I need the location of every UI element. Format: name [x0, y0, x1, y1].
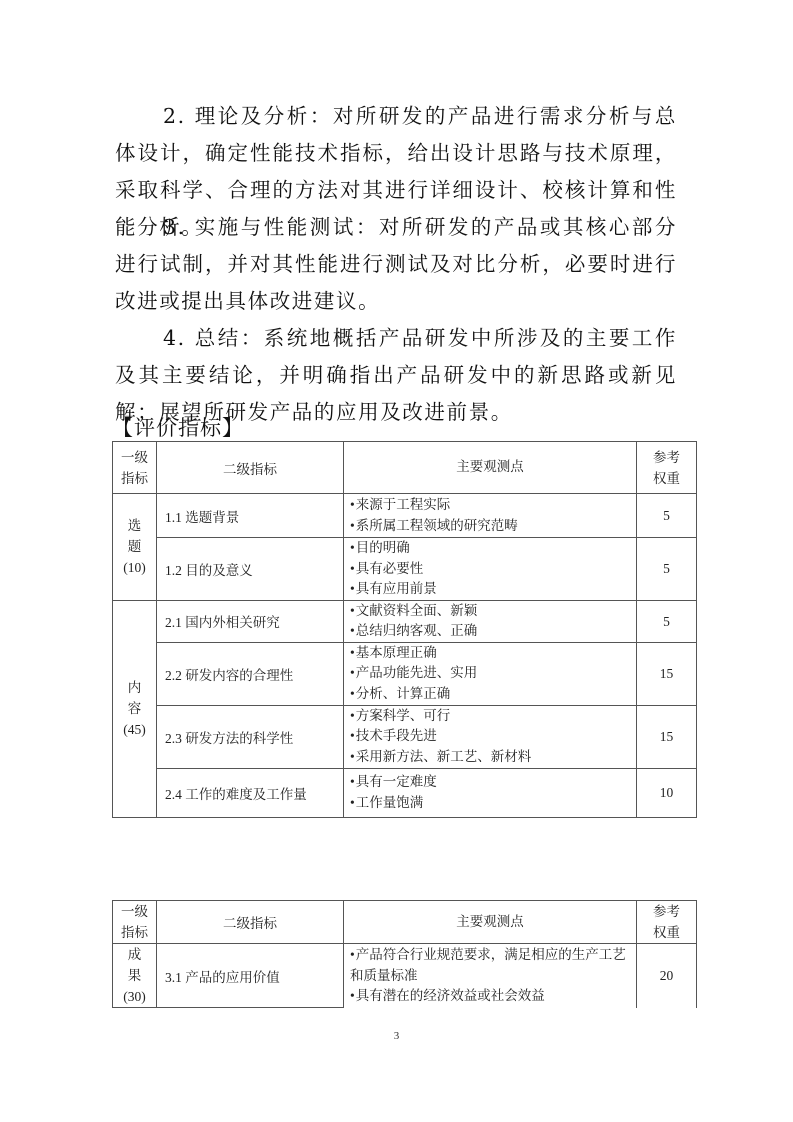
- weight-cell: 15: [637, 705, 697, 768]
- table-header-row: 一级指标 二级指标 主要观测点 参考权重: [113, 442, 697, 494]
- weight-cell: 5: [637, 538, 697, 601]
- weight-cell: 20: [637, 944, 697, 1008]
- header-level1: 一级指标: [113, 442, 157, 494]
- level1-cell-results: 成果(30): [113, 944, 157, 1008]
- indicator-cell: 2.3 研发方法的科学性: [157, 705, 344, 768]
- page-number: 3: [0, 1030, 793, 1042]
- table-row: 选题(10) 1.1 选题背景 来源于工程实际系所属工程领域的研究范畴 5: [113, 494, 697, 538]
- paragraph-testing: 3. 实施与性能测试：对所研发的产品或其核心部分进行试制，并对其性能进行测试及对…: [115, 209, 677, 320]
- points-cell: 来源于工程实际系所属工程领域的研究范畴: [344, 494, 637, 538]
- indicator-cell: 2.4 工作的难度及工作量: [157, 768, 344, 817]
- level1-cell-topic: 选题(10): [113, 494, 157, 601]
- weight-cell: 5: [637, 494, 697, 538]
- points-cell: 产品符合行业规范要求，满足相应的生产工艺和质量标准具有潜在的经济效益或社会效益: [344, 944, 637, 1008]
- table-row: 内容(45) 2.1 国内外相关研究 文献资料全面、新颖总结归纳客观、正确 5: [113, 600, 697, 642]
- header-level2: 二级指标: [157, 901, 344, 944]
- table-row: 成果(30) 3.1 产品的应用价值 产品符合行业规范要求，满足相应的生产工艺和…: [113, 944, 697, 1008]
- points-cell: 具有一定难度工作量饱满: [344, 768, 637, 817]
- level1-cell-content: 内容(45): [113, 600, 157, 817]
- points-cell: 方案科学、可行技术手段先进采用新方法、新工艺、新材料: [344, 705, 637, 768]
- indicator-cell: 1.2 目的及意义: [157, 538, 344, 601]
- weight-cell: 15: [637, 642, 697, 705]
- table-row: 1.2 目的及意义 目的明确具有必要性具有应用前景 5: [113, 538, 697, 601]
- points-cell: 文献资料全面、新颖总结归纳客观、正确: [344, 600, 637, 642]
- indicator-cell: 3.1 产品的应用价值: [157, 944, 344, 1008]
- table-row: 2.3 研发方法的科学性 方案科学、可行技术手段先进采用新方法、新工艺、新材料 …: [113, 705, 697, 768]
- points-cell: 基本原理正确产品功能先进、实用分析、计算正确: [344, 642, 637, 705]
- table-row: 2.2 研发内容的合理性 基本原理正确产品功能先进、实用分析、计算正确 15: [113, 642, 697, 705]
- evaluation-table-1: 一级指标 二级指标 主要观测点 参考权重 选题(10) 1.1 选题背景 来源于…: [112, 441, 697, 818]
- indicator-cell: 1.1 选题背景: [157, 494, 344, 538]
- header-level2: 二级指标: [157, 442, 344, 494]
- header-level1: 一级指标: [113, 901, 157, 944]
- weight-cell: 5: [637, 600, 697, 642]
- table-row: 2.4 工作的难度及工作量 具有一定难度工作量饱满 10: [113, 768, 697, 817]
- section-title: 【评价指标】: [112, 412, 244, 442]
- evaluation-table-2: 一级指标 二级指标 主要观测点 参考权重 成果(30) 3.1 产品的应用价值 …: [112, 900, 697, 1008]
- indicator-cell: 2.1 国内外相关研究: [157, 600, 344, 642]
- paragraph-text: 4. 总结：系统地概括产品研发中所涉及的主要工作及其主要结论，并明确指出产品研发…: [115, 326, 677, 424]
- paragraph-text: 3. 实施与性能测试：对所研发的产品或其核心部分进行试制，并对其性能进行测试及对…: [115, 215, 677, 313]
- table-header-row: 一级指标 二级指标 主要观测点 参考权重: [113, 901, 697, 944]
- header-observation: 主要观测点: [344, 442, 637, 494]
- header-observation: 主要观测点: [344, 901, 637, 944]
- indicator-cell: 2.2 研发内容的合理性: [157, 642, 344, 705]
- header-weight: 参考权重: [637, 442, 697, 494]
- header-weight: 参考权重: [637, 901, 697, 944]
- weight-cell: 10: [637, 768, 697, 817]
- points-cell: 目的明确具有必要性具有应用前景: [344, 538, 637, 601]
